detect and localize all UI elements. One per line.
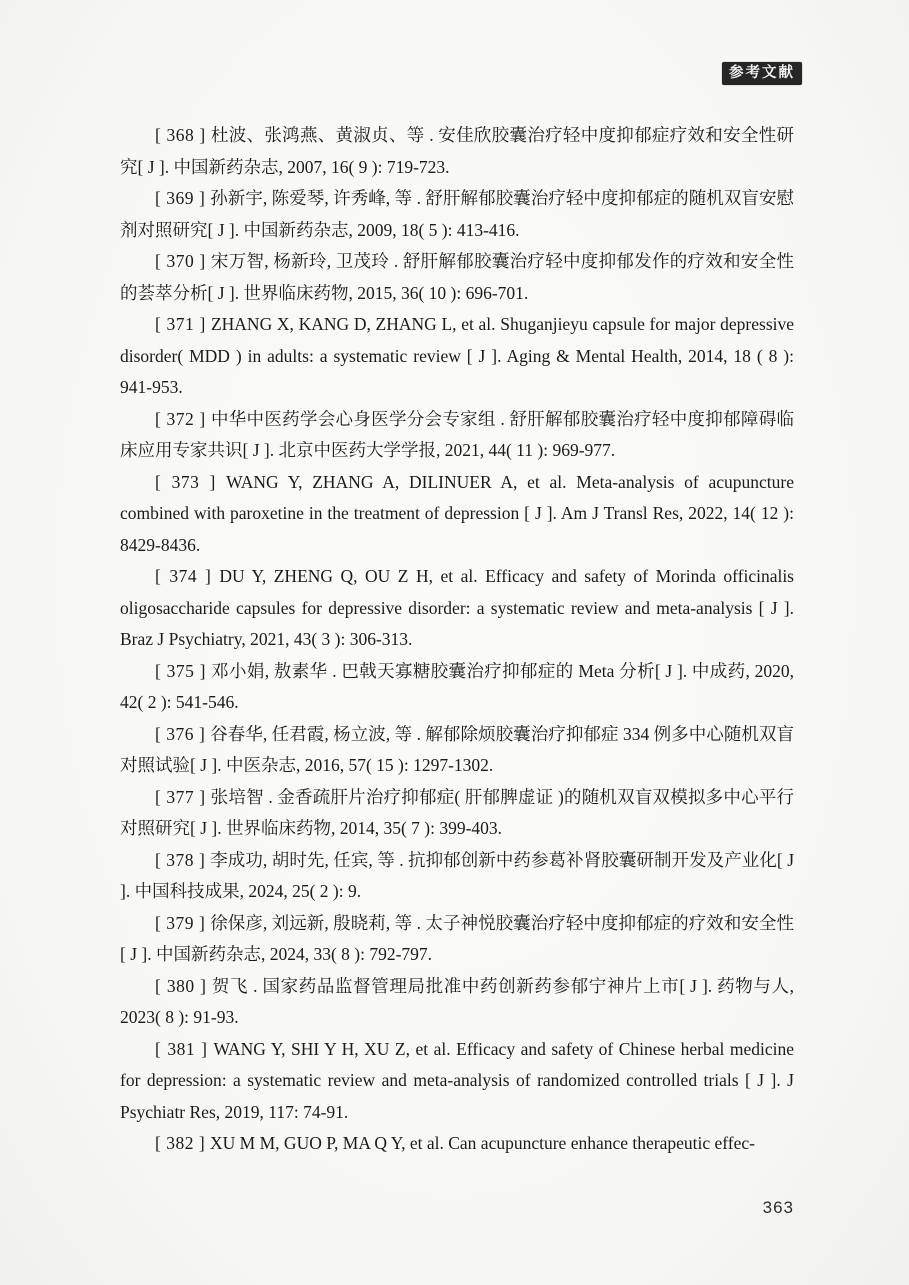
reference-text: 李成功, 胡时先, 任宾, 等 . 抗抑郁创新中药参葛补肾胶囊研制开发及产业化[… bbox=[120, 850, 794, 902]
reference-label: [ 371 ] bbox=[155, 314, 211, 334]
reference-label: [ 380 ] bbox=[155, 976, 212, 996]
reference-label: [ 381 ] bbox=[155, 1039, 213, 1059]
reference-text: 杜波、张鸿燕、黄淑贞、等 . 安佳欣胶囊治疗轻中度抑郁症疗效和安全性研究[ J … bbox=[120, 125, 794, 177]
reference-label: [ 376 ] bbox=[155, 724, 210, 744]
reference-text: WANG Y, SHI Y H, XU Z, et al. Efficacy a… bbox=[120, 1039, 794, 1122]
reference-item: [ 375 ] 邓小娟, 敖素华 . 巴戟天寡糖胶囊治疗抑郁症的 Meta 分析… bbox=[120, 656, 794, 719]
references-list: [ 368 ] 杜波、张鸿燕、黄淑贞、等 . 安佳欣胶囊治疗轻中度抑郁症疗效和安… bbox=[120, 120, 794, 1160]
reference-label: [ 379 ] bbox=[155, 913, 210, 933]
reference-text: XU M M, GUO P, MA Q Y, et al. Can acupun… bbox=[210, 1133, 755, 1153]
reference-label: [ 369 ] bbox=[155, 188, 210, 208]
reference-label: [ 370 ] bbox=[155, 251, 211, 271]
reference-label: [ 378 ] bbox=[155, 850, 210, 870]
reference-text: 宋万智, 杨新玲, 卫茂玲 . 舒肝解郁胶囊治疗轻中度抑郁发作的疗效和安全性的荟… bbox=[120, 251, 794, 303]
reference-label: [ 377 ] bbox=[155, 787, 211, 807]
reference-label: [ 372 ] bbox=[155, 409, 211, 429]
reference-text: 张培智 . 金香疏肝片治疗抑郁症( 肝郁脾虚证 )的随机双盲双模拟多中心平行对照… bbox=[120, 787, 794, 839]
reference-label: [ 374 ] bbox=[155, 566, 219, 586]
reference-text: DU Y, ZHENG Q, OU Z H, et al. Efficacy a… bbox=[120, 566, 794, 649]
reference-label: [ 368 ] bbox=[155, 125, 211, 145]
reference-text: 中华中医药学会心身医学分会专家组 . 舒肝解郁胶囊治疗轻中度抑郁障碍临床应用专家… bbox=[120, 409, 794, 461]
reference-text: 贺飞 . 国家药品监督管理局批准中药创新药参郁宁神片上市[ J ]. 药物与人,… bbox=[120, 976, 794, 1028]
reference-item: [ 369 ] 孙新宇, 陈爱琴, 许秀峰, 等 . 舒肝解郁胶囊治疗轻中度抑郁… bbox=[120, 183, 794, 246]
reference-text: ZHANG X, KANG D, ZHANG L, et al. Shuganj… bbox=[120, 314, 794, 397]
reference-label: [ 373 ] bbox=[155, 472, 226, 492]
reference-item: [ 376 ] 谷春华, 任君霞, 杨立波, 等 . 解郁除烦胶囊治疗抑郁症 3… bbox=[120, 719, 794, 782]
reference-item: [ 374 ] DU Y, ZHENG Q, OU Z H, et al. Ef… bbox=[120, 561, 794, 656]
reference-item: [ 368 ] 杜波、张鸿燕、黄淑贞、等 . 安佳欣胶囊治疗轻中度抑郁症疗效和安… bbox=[120, 120, 794, 183]
reference-item: [ 370 ] 宋万智, 杨新玲, 卫茂玲 . 舒肝解郁胶囊治疗轻中度抑郁发作的… bbox=[120, 246, 794, 309]
reference-item: [ 381 ] WANG Y, SHI Y H, XU Z, et al. Ef… bbox=[120, 1034, 794, 1129]
reference-item: [ 377 ] 张培智 . 金香疏肝片治疗抑郁症( 肝郁脾虚证 )的随机双盲双模… bbox=[120, 782, 794, 845]
reference-item: [ 371 ] ZHANG X, KANG D, ZHANG L, et al.… bbox=[120, 309, 794, 404]
reference-text: 谷春华, 任君霞, 杨立波, 等 . 解郁除烦胶囊治疗抑郁症 334 例多中心随… bbox=[120, 724, 794, 776]
reference-label: [ 382 ] bbox=[155, 1133, 210, 1153]
scanned-book-page: 参考文献 [ 368 ] 杜波、张鸿燕、黄淑贞、等 . 安佳欣胶囊治疗轻中度抑郁… bbox=[0, 0, 909, 1285]
reference-item: [ 372 ] 中华中医药学会心身医学分会专家组 . 舒肝解郁胶囊治疗轻中度抑郁… bbox=[120, 404, 794, 467]
reference-item: [ 378 ] 李成功, 胡时先, 任宾, 等 . 抗抑郁创新中药参葛补肾胶囊研… bbox=[120, 845, 794, 908]
reference-text: 孙新宇, 陈爱琴, 许秀峰, 等 . 舒肝解郁胶囊治疗轻中度抑郁症的随机双盲安慰… bbox=[120, 188, 794, 240]
reference-text: 邓小娟, 敖素华 . 巴戟天寡糖胶囊治疗抑郁症的 Meta 分析[ J ]. 中… bbox=[120, 661, 794, 713]
reference-item: [ 382 ] XU M M, GUO P, MA Q Y, et al. Ca… bbox=[120, 1128, 794, 1160]
reference-text: 徐保彦, 刘远新, 殷晓莉, 等 . 太子神悦胶囊治疗轻中度抑郁症的疗效和安全性… bbox=[120, 913, 794, 965]
chapter-header-badge: 参考文献 bbox=[722, 62, 802, 85]
reference-item: [ 373 ] WANG Y, ZHANG A, DILINUER A, et … bbox=[120, 467, 794, 562]
page-number: 363 bbox=[120, 1198, 794, 1218]
reference-item: [ 379 ] 徐保彦, 刘远新, 殷晓莉, 等 . 太子神悦胶囊治疗轻中度抑郁… bbox=[120, 908, 794, 971]
reference-item: [ 380 ] 贺飞 . 国家药品监督管理局批准中药创新药参郁宁神片上市[ J … bbox=[120, 971, 794, 1034]
reference-label: [ 375 ] bbox=[155, 661, 211, 681]
